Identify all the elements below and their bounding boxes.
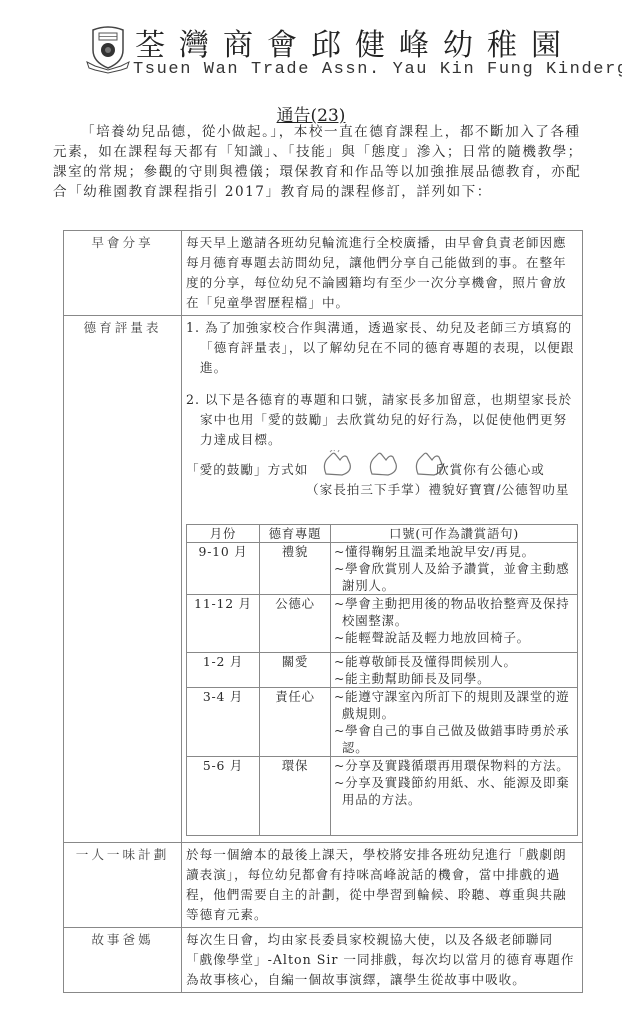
table-row: 故事爸媽 每次生日會，均由家長委員家校親協大使，以及各級老師聯同「戲像學堂」-A… xyxy=(64,928,583,993)
table-row: 1-2 月 關愛 ~能尊敬師長及懂得問候別人。 ~能主動幫助師長及同學。 xyxy=(187,653,578,688)
theme-cell: 關愛 xyxy=(260,653,331,688)
slogan: ~能輕聲說話及輕力地放回椅子。 xyxy=(334,629,574,646)
moral-themes-table: 月份 德育專題 口號(可作為讚賞語句) 9-10 月 禮貌 ~懂得鞠躬且溫柔地說… xyxy=(186,524,578,836)
praise-line-2: （家長拍三下手掌）禮貌好寶寶/公德智叻星 xyxy=(306,480,570,500)
school-crest-icon xyxy=(85,24,131,74)
program-table: 早會分享 每天早上邀請各班幼兒輪流進行全校廣播，由早會負責老師因應每月德育專題去… xyxy=(63,230,583,993)
month-cell: 11-12 月 xyxy=(187,595,260,653)
slogan: ~學會欣賞別人及給予讚賞，並會主動感謝別人。 xyxy=(334,560,574,594)
slogan: ~懂得鞠躬且溫柔地說早安/再見。 xyxy=(334,543,574,560)
clapping-hands-icon xyxy=(320,450,354,476)
table-row: 11-12 月 公德心 ~學會主動把用後的物品收拾整齊及保持校園整潔。 ~能輕聲… xyxy=(187,595,578,653)
row-label-one-person-plan: 一人一味計劃 xyxy=(64,843,182,928)
table-row: 5-6 月 環保 ~分享及實踐循環再用環保物料的方法。 ~分享及實踐節約用紙、水… xyxy=(187,757,578,836)
table-row: 德育評量表 1. 為了加強家校合作與溝通，透過家長、幼兒及老師三方填寫的「德育評… xyxy=(64,316,583,843)
month-cell: 1-2 月 xyxy=(187,653,260,688)
month-cell: 5-6 月 xyxy=(187,757,260,836)
table-header-row: 月份 德育專題 口號(可作為讚賞語句) xyxy=(187,525,578,543)
slogan: ~分享及實踐節約用紙、水、能源及即棄用品的方法。 xyxy=(334,774,574,808)
slogan: ~學會自己的事自己做及做錯事時勇於承認。 xyxy=(334,722,574,756)
slogan: ~分享及實踐循環再用環保物料的方法。 xyxy=(334,757,574,774)
clapping-hands-icon xyxy=(366,450,400,476)
praise-right-1: 欣賞你有公德心或 xyxy=(436,460,545,480)
slogan-cell: ~懂得鞠躬且溫柔地說早安/再見。 ~學會欣賞別人及給予讚賞，並會主動感謝別人。 xyxy=(331,543,578,595)
theme-cell: 公德心 xyxy=(260,595,331,653)
slogan: ~學會主動把用後的物品收拾整齊及保持校園整潔。 xyxy=(334,595,574,629)
slogan: ~能尊敬師長及懂得問候別人。 xyxy=(334,653,574,670)
theme-cell: 禮貌 xyxy=(260,543,331,595)
table-row: 9-10 月 禮貌 ~懂得鞠躬且溫柔地說早安/再見。 ~學會欣賞別人及給予讚賞，… xyxy=(187,543,578,595)
slogan-cell: ~能尊敬師長及懂得問候別人。 ~能主動幫助師長及同學。 xyxy=(331,653,578,688)
month-cell: 9-10 月 xyxy=(187,543,260,595)
slogan: ~能遵守課室內所訂下的規則及課堂的遊戲規則。 xyxy=(334,688,574,722)
row-label-story-parents: 故事爸媽 xyxy=(64,928,182,993)
month-cell: 3-4 月 xyxy=(187,688,260,757)
theme-cell: 責任心 xyxy=(260,688,331,757)
row-label-morning-sharing: 早會分享 xyxy=(64,231,182,316)
clapping-hands-group xyxy=(320,450,446,476)
header-theme: 德育專題 xyxy=(260,525,331,543)
school-name-chinese: 荃灣商會邱健峰幼稚園 xyxy=(135,20,575,64)
row-text-one-person-plan: 於每一個繪本的最後上課天，學校將安排各班幼兒進行「戲劇朗讀表演」，每位幼兒都會有… xyxy=(182,843,583,928)
table-row: 一人一味計劃 於每一個繪本的最後上課天，學校將安排各班幼兒進行「戲劇朗讀表演」，… xyxy=(64,843,583,928)
header-month: 月份 xyxy=(187,525,260,543)
row-text-morning-sharing: 每天早上邀請各班幼兒輪流進行全校廣播，由早會負責老師因應每月德育專題去訪問幼兒，… xyxy=(182,231,583,316)
row-content-moral-assessment: 1. 為了加強家校合作與溝通，透過家長、幼兒及老師三方填寫的「德育評量表」，以了… xyxy=(182,316,583,843)
row-label-moral-assessment: 德育評量表 xyxy=(64,316,182,843)
row-text-story-parents: 每次生日會，均由家長委員家校親協大使，以及各級老師聯同「戲像學堂」-Alton … xyxy=(182,928,583,993)
table-row: 3-4 月 責任心 ~能遵守課室內所訂下的規則及課堂的遊戲規則。 ~學會自己的事… xyxy=(187,688,578,757)
praise-method: 「愛的鼓勵」方式如 欣賞你有公德心或 （家長拍三下手掌）禮貌好寶寶/公德智叻星 xyxy=(186,460,578,508)
intro-paragraph: 「培養幼兒品德，從小做起。」，本校一直在德育課程上，都不斷加入了各種元素，如在課… xyxy=(53,122,583,202)
table-row: 早會分享 每天早上邀請各班幼兒輪流進行全校廣播，由早會負責老師因應每月德育專題去… xyxy=(64,231,583,316)
praise-instruction: （家長拍三下手掌） xyxy=(306,482,428,497)
assessment-item-2: 2. 以下是各德育的專題和口號，請家長多加留意，也期望家長於家中也用「愛的鼓勵」… xyxy=(186,390,578,450)
praise-right-2: 禮貌好寶寶/公德智叻星 xyxy=(428,482,569,497)
slogan: ~能主動幫助師長及同學。 xyxy=(334,670,574,687)
school-name-english: Tsuen Wan Trade Assn. Yau Kin Fung Kinde… xyxy=(133,60,622,79)
slogan-cell: ~學會主動把用後的物品收拾整齊及保持校園整潔。 ~能輕聲說話及輕力地放回椅子。 xyxy=(331,595,578,653)
praise-line-1: 「愛的鼓勵」方式如 xyxy=(186,460,308,480)
header-slogan: 口號(可作為讚賞語句) xyxy=(331,525,578,543)
theme-cell: 環保 xyxy=(260,757,331,836)
assessment-item-1: 1. 為了加強家校合作與溝通，透過家長、幼兒及老師三方填寫的「德育評量表」，以了… xyxy=(186,318,578,378)
slogan-cell: ~能遵守課室內所訂下的規則及課堂的遊戲規則。 ~學會自己的事自己做及做錯事時勇於… xyxy=(331,688,578,757)
slogan-cell: ~分享及實踐循環再用環保物料的方法。 ~分享及實踐節約用紙、水、能源及即棄用品的… xyxy=(331,757,578,836)
